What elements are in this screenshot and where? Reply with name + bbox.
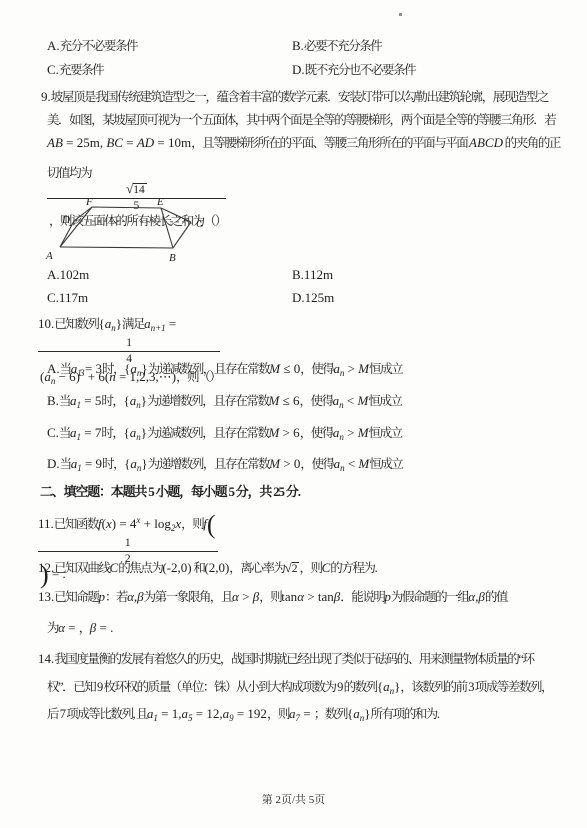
q9-pentahedron-figure: A B C D E F [38, 193, 250, 265]
q13-line-1: 13.已知命题p：若α,β为第一象限角，且α > β，则tanα > tanβ．… [38, 588, 507, 606]
page-number: 第 2页/共 5页 [0, 791, 587, 807]
q9-option-b: B.112m [292, 266, 333, 283]
q8-option-c: C.充要条件 [47, 61, 103, 79]
vertex-label-c: C [196, 218, 204, 230]
figure-solid-edges [60, 207, 191, 248]
vertex-label-d: D [61, 214, 70, 226]
q10-option-a: A.当a1 = 3时，{an}为递减数列，且存在常数M ≤ 0，使得an > M… [47, 360, 402, 382]
exam-page: A.充分不必要条件 B.必要不充分条件 C.充要条件 D.既不充分也不必要条件 … [0, 0, 587, 828]
q14-line-3: 后 7 项成等比数列, 且a1 = 1,a5 = 12,a9 = 192，则a7… [47, 705, 440, 727]
q12-stem: 12.已知双曲线C的焦点为(-2,0) 和(2,0)，离心率为√2，则C的方程为… [38, 559, 378, 578]
q8-option-d: D.既不充分也不必要条件 [292, 61, 415, 79]
vertex-label-a: A [45, 250, 53, 262]
q9-option-a: A.102m [47, 266, 89, 283]
vertex-label-f: F [85, 196, 93, 208]
q9-option-c: C.117m [47, 289, 88, 306]
q9-stem-line-2: 美．如图，某坡屋顶可视为一个五面体，其中两个面是全等的等腰梯形，两个面是全等的等… [47, 111, 555, 129]
q14-line-1: 14.我国度量衡的发展有着悠久的历史，战国时期就已经出现了类似于砝码的、用来测量… [38, 650, 534, 668]
q9-stem-line-3: AB = 25m, BC = AD = 10m，且等腰梯形所在的平面、等腰三角形… [47, 134, 560, 152]
q10-option-d: D.当a1 = 9时，{an}为递增数列，且存在常数M > 0，使得an < M… [47, 455, 402, 477]
figure-hidden-edge-dc [74, 221, 191, 222]
q9-option-d: D.125m [292, 289, 334, 306]
q10-option-c: C.当a1 = 7时，{an}为递减数列，且存在常数M > 6，使得an > M… [47, 424, 402, 446]
section-2-header: 二、填空题：本题共 5 小题，每小题 5 分，共 25 分. [40, 483, 300, 500]
q14-line-2: 权”．已知 9 枚环权的质量（单位：铢）从小到大构成项数为 9 的数列{an}，… [47, 678, 552, 700]
vertex-label-e: E [156, 196, 164, 208]
q8-option-a: A.充分不必要条件 [47, 37, 137, 55]
q10-option-b: B.当a1 = 5时，{an}为递增数列，且存在常数M ≤ 6，使得an < M… [47, 392, 401, 414]
vertex-label-b: B [169, 252, 176, 264]
q9-stem-line-1: 9.坡屋顶是我国传统建筑造型之一，蕴含着丰富的数学元素．安装灯带可以勾勒出建筑轮… [41, 88, 548, 106]
q13-line-2: 为α = ，β = . [47, 619, 113, 638]
scan-artifact-dot [399, 13, 402, 16]
q8-option-b: B.必要不充分条件 [292, 37, 381, 55]
